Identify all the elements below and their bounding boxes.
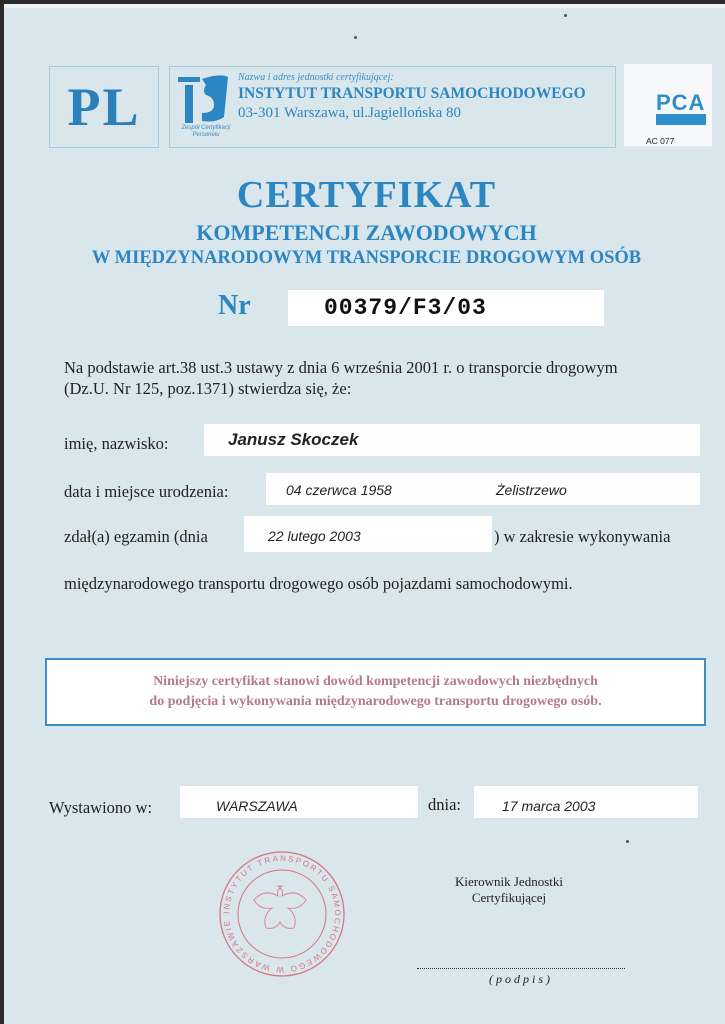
number-label: Nr	[218, 290, 251, 322]
name-value: Janusz Skoczek	[228, 430, 358, 450]
notice-line-2: do podjęcia i wykonywania międzynarodowe…	[149, 692, 601, 712]
institution-box: Zespół Certyfikacji Personelu Nazwa i ad…	[169, 66, 616, 148]
notice-box: Niniejszy certyfikat stanowi dowód kompe…	[45, 658, 706, 726]
logo-caption: Zespół Certyfikacji Personelu	[174, 125, 238, 139]
signature-line	[417, 968, 625, 969]
name-field: Janusz Skoczek	[204, 424, 700, 456]
pca-band-icon	[656, 114, 706, 125]
birth-label: data i miejsce urodzenia:	[64, 482, 228, 502]
issued-place-field: WARSZAWA	[180, 786, 418, 818]
certificate-number-field: 00379/F3/03	[288, 290, 604, 326]
certificate-subtitle: KOMPETENCJI ZAWODOWYCH	[4, 220, 725, 246]
signature-caption: (podpis)	[417, 972, 625, 987]
birth-place: Żelistrzewo	[496, 482, 567, 498]
exam-suffix: ) w zakresie wykonywania	[494, 527, 670, 547]
exam-label: zdał(a) egzamin (dnia	[64, 527, 208, 547]
country-code: PL	[67, 76, 140, 138]
signer-title-2: Certyfikującej	[424, 890, 594, 906]
exam-date-field: 22 lutego 2003	[244, 516, 492, 552]
exam-date: 22 lutego 2003	[268, 528, 361, 544]
issued-date-field: 17 marca 2003	[474, 786, 698, 818]
institution-label: Nazwa i adres jednostki certyfikującej:	[238, 72, 394, 83]
issued-date-label: dnia:	[428, 795, 461, 815]
notice-line-1: Niniejszy certyfikat stanowi dowód kompe…	[153, 672, 598, 692]
birth-date: 04 czerwca 1958	[286, 482, 392, 498]
certificate-title: CERTYFIKAT	[4, 173, 725, 217]
intro-line-1: Na podstawie art.38 ust.3 ustawy z dnia …	[64, 358, 618, 378]
name-label: imię, nazwisko:	[64, 434, 168, 454]
issued-place-label: Wystawiono w:	[49, 798, 152, 818]
country-code-box: PL	[49, 66, 159, 148]
certificate-page: PL Zespół Certyfikacji Personelu Nazwa i…	[4, 4, 725, 1024]
paper-speck	[354, 36, 357, 39]
scope-text: międzynarodowego transportu drogowego os…	[64, 574, 573, 594]
accreditation-code: AC 077	[646, 136, 674, 146]
accreditation-box: PCA AC 077	[623, 63, 713, 147]
institution-address: 03-301 Warszawa, ul.Jagiellońska 80	[238, 105, 461, 122]
its-logo-icon	[176, 73, 232, 125]
pca-logo: PCA	[656, 90, 705, 116]
paper-speck	[626, 840, 629, 843]
certificate-number: 00379/F3/03	[324, 295, 487, 321]
signer-title-1: Kierownik Jednostki	[424, 874, 594, 890]
issued-date: 17 marca 2003	[502, 798, 595, 814]
paper-speck	[564, 14, 567, 17]
issued-place: WARSZAWA	[216, 798, 298, 814]
birth-field: 04 czerwca 1958 Żelistrzewo	[266, 473, 700, 505]
intro-line-2: (Dz.U. Nr 125, poz.1371) stwierdza się, …	[64, 379, 351, 399]
certificate-subtitle-2: W MIĘDZYNARODOWYM TRANSPORCIE DROGOWYM O…	[4, 248, 725, 269]
svg-text:INSTYTUT TRANSPORTU SAMOCHODOW: INSTYTUT TRANSPORTU SAMOCHODOWEGO W WARS…	[222, 854, 342, 974]
official-stamp-icon: INSTYTUT TRANSPORTU SAMOCHODOWEGO W WARS…	[216, 848, 348, 980]
institution-name: INSTYTUT TRANSPORTU SAMOCHODOWEGO	[238, 85, 586, 103]
